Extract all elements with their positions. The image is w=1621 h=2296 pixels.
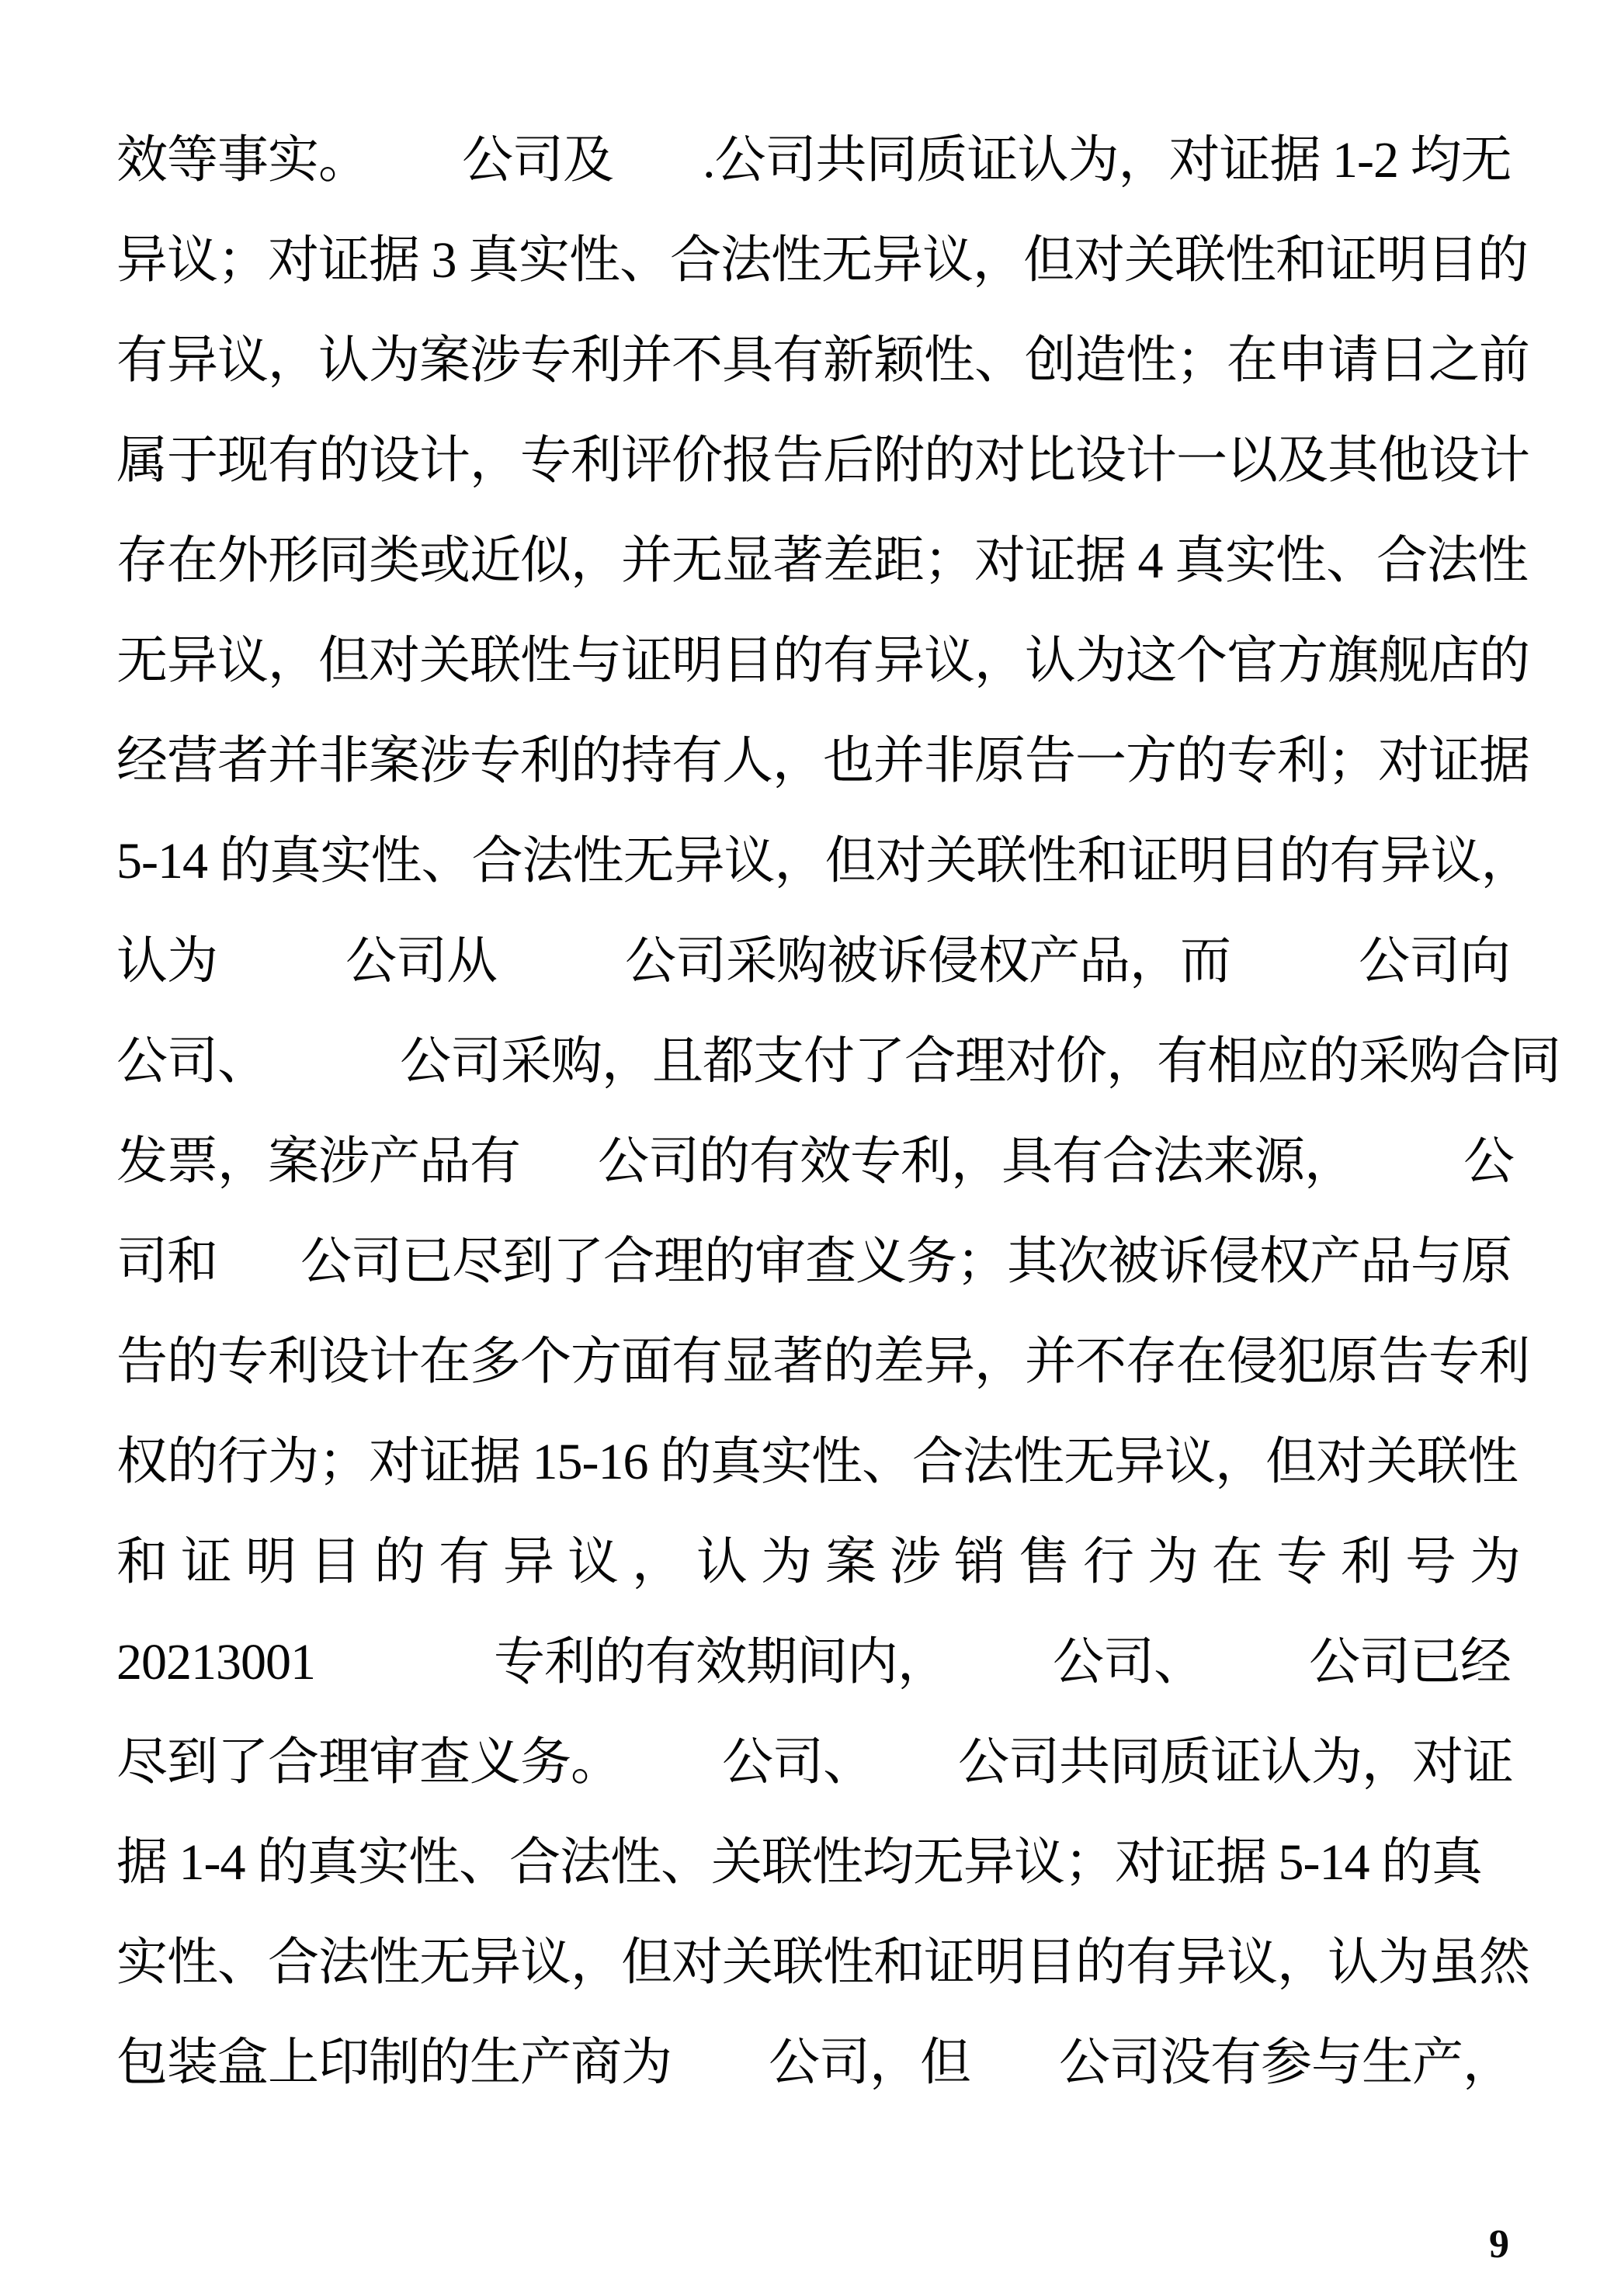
text-line: 经营者并非案涉专利的持有人，也并非原告一方的专利；对证据 — [116, 711, 1534, 811]
text-segment: 公司从 — [345, 933, 497, 990]
text-segment: 公司没有参与生产， — [1059, 2034, 1513, 2091]
text-segment: 公司及 — [462, 132, 613, 189]
text-block: 效等事实。公司及.公司共同质证认为，对证据 1-2 均无异议；对证据 3 真实性… — [116, 110, 1534, 2113]
text-line: 尽到了合理审查义务。公司、公司共同质证认为，对证 — [116, 1712, 1534, 1812]
redaction-gap — [268, 1077, 400, 1078]
text-line: 无异议，但对关联性与证明目的有异议，认为这个官方旗舰店的 — [116, 611, 1534, 711]
redaction-gap — [520, 1177, 598, 1178]
text-line: 异议；对证据 3 真实性、合法性无异议，但对关联性和证明目的 — [116, 210, 1534, 310]
text-line: 5-14 的真实性、合法性无异议，但对关联性和证明目的有异议， — [116, 811, 1534, 911]
text-segment: 发票，案涉产品有 — [116, 1133, 520, 1190]
text-segment: 公司已经 — [1309, 1634, 1511, 1691]
text-segment: 权的行为；对证据 15-16 的真实性、合法性无异议，但对关联性 — [116, 1434, 1518, 1490]
text-segment: 专利的有效期间内， — [494, 1634, 948, 1691]
text-segment: 5-14 的真实性、合法性无异议，但对关联性和证明目的有异议， — [116, 833, 1531, 890]
redaction-gap — [613, 176, 703, 177]
text-segment: 公司向 — [1359, 933, 1510, 990]
redaction-gap — [1355, 1177, 1463, 1178]
text-line: 公司、公司采购，且都支付了合理对价，有相应的采购合同 — [116, 1011, 1534, 1112]
text-segment: 实性、合法性无异议，但对关联性和证明目的有异议，认为虽然 — [116, 1934, 1529, 1991]
text-line: 效等事实。公司及.公司共同质证认为，对证据 1-2 均无 — [116, 110, 1534, 210]
text-segment: 告的专利设计在多个方面有显著的差异，并不存在侵犯原告专利 — [116, 1334, 1529, 1390]
text-segment: 据 1-4 的真实性、合法性、关联性均无异议；对证据 5-14 的真 — [116, 1834, 1482, 1891]
text-line: 据 1-4 的真实性、合法性、关联性均无异议；对证据 5-14 的真 — [116, 1812, 1534, 1913]
redaction-gap — [1204, 1678, 1309, 1679]
text-segment: 公司、 — [722, 1734, 873, 1791]
text-segment: 公司的有效专利，具有合法来源， — [598, 1133, 1355, 1190]
redaction-gap — [315, 1678, 494, 1679]
redaction-gap — [217, 977, 345, 978]
text-segment: 公司已尽到了合理的审查义务；其次被诉侵权产品与原 — [300, 1233, 1512, 1290]
text-segment: 公司、 — [1053, 1634, 1204, 1691]
text-line: 属于现有的设计，专利评价报告后附的对比设计一以及其他设计 — [116, 411, 1534, 511]
text-line: 20213001专利的有效期间内，公司、公司已经 — [116, 1612, 1534, 1712]
scanned-document-page: 效等事实。公司及.公司共同质证认为，对证据 1-2 均无异议；对证据 3 真实性… — [0, 0, 1621, 2296]
text-segment: 司和 — [116, 1233, 217, 1290]
redaction-gap — [873, 1778, 958, 1779]
text-segment: 20213001 — [116, 1634, 315, 1691]
text-segment: .公司共同质证认为，对证据 1-2 均无 — [703, 132, 1511, 189]
text-segment: 公司共同质证认为，对证 — [958, 1734, 1513, 1791]
redaction-gap — [970, 2079, 1059, 2079]
text-line: 和证明目的有异议，认为案涉销售行为在专利号为 — [116, 1512, 1534, 1612]
redaction-gap — [497, 977, 625, 978]
text-line: 实性、合法性无异议，但对关联性和证明目的有异议，认为虽然 — [116, 1913, 1534, 2013]
text-segment: 公司采购被诉侵权产品，而 — [625, 933, 1231, 990]
redaction-gap — [621, 1778, 722, 1779]
text-segment: 公司采购，且都支付了合理对价，有相应的采购合同 — [400, 1033, 1560, 1090]
text-segment: 经营者并非案涉专利的持有人，也并非原告一方的专利；对证据 — [116, 733, 1529, 789]
redaction-gap — [369, 176, 462, 177]
text-segment: 属于现有的设计，专利评价报告后附的对比设计一以及其他设计 — [116, 432, 1529, 489]
text-segment: 异议；对证据 3 真实性、合法性无异议，但对关联性和证明目的 — [116, 232, 1528, 289]
text-segment: 公司，但 — [769, 2034, 970, 2091]
redaction-gap — [1231, 977, 1359, 978]
text-line: 存在外形同类或近似，并无显著差距；对证据 4 真实性、合法性 — [116, 511, 1534, 611]
text-segment: 有异议，认为案涉专利并不具有新颖性、创造性；在申请日之前 — [116, 332, 1529, 389]
text-line: 权的行为；对证据 15-16 的真实性、合法性无异议，但对关联性 — [116, 1412, 1534, 1512]
text-segment: 和证明目的有异议，认为案涉销售行为在专利号为 — [116, 1534, 1534, 1590]
text-segment: 存在外形同类或近似，并无显著差距；对证据 4 真实性、合法性 — [116, 532, 1528, 589]
text-line: 发票，案涉产品有公司的有效专利，具有合法来源，公 — [116, 1112, 1534, 1212]
text-segment: 认为 — [116, 933, 217, 990]
redaction-gap — [948, 1678, 1053, 1679]
text-segment: 包装盒上印制的生产商为 — [116, 2034, 672, 2091]
text-segment: 效等事实。 — [116, 132, 369, 189]
text-segment: 无异议，但对关联性与证明目的有异议，认为这个官方旗舰店的 — [116, 633, 1529, 689]
text-segment: 公司、 — [116, 1033, 268, 1090]
redaction-gap — [217, 1278, 300, 1278]
text-segment: 尽到了合理审查义务。 — [116, 1734, 621, 1791]
text-line: 司和公司已尽到了合理的审查义务；其次被诉侵权产品与原 — [116, 1212, 1534, 1312]
text-line: 包装盒上印制的生产商为公司，但公司没有参与生产， — [116, 2013, 1534, 2113]
text-line: 认为公司从公司采购被诉侵权产品，而公司向 — [116, 911, 1534, 1011]
text-segment: 公 — [1463, 1133, 1514, 1190]
text-line: 告的专利设计在多个方面有显著的差异，并不存在侵犯原告专利 — [116, 1312, 1534, 1412]
text-line: 有异议，认为案涉专利并不具有新颖性、创造性；在申请日之前 — [116, 310, 1534, 411]
page-number: 9 — [1489, 2221, 1509, 2268]
redaction-gap — [672, 2079, 769, 2079]
